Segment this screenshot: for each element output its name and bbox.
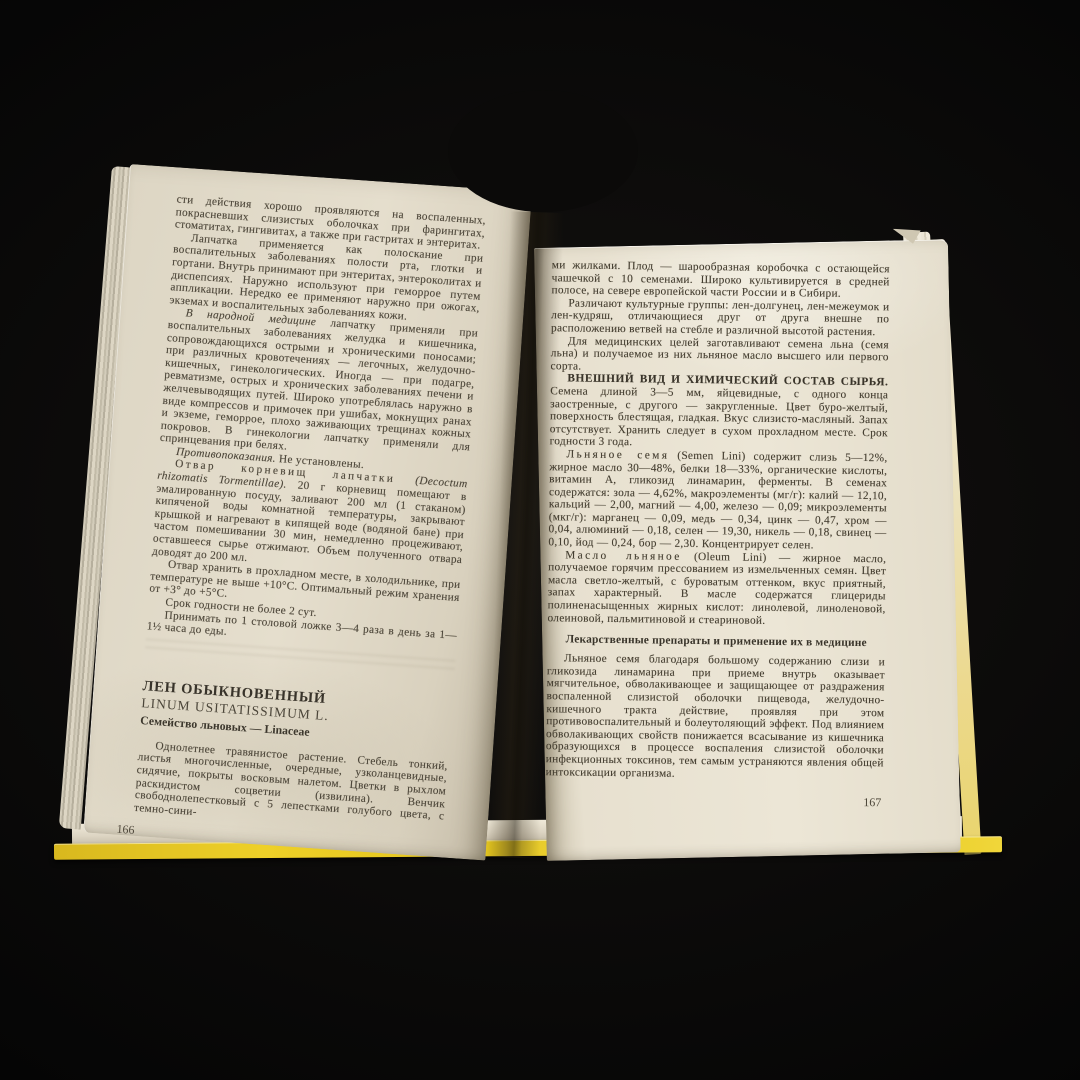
paragraph: ВНЕШНИЙ ВИД И ХИМИЧЕСКИЙ СОСТАВ СЫРЬЯ. С… (550, 373, 889, 453)
paragraph: Различают культурные группы: лен-долгуне… (551, 297, 889, 339)
page-number-right: 167 (545, 791, 881, 810)
photo-background: сти действия хорошо проявляются на воспа… (0, 0, 1080, 1080)
right-page-text: ми жилками. Плод — шарообразная коробочк… (527, 249, 948, 866)
gutter-top-dip (448, 90, 638, 212)
paragraph-text: (Oleum Lini) — жирное масло, получаемое … (547, 550, 886, 626)
paragraph: Для медицинских целей заготавливают семе… (551, 335, 889, 377)
paragraph: Льняное семя благодаря большому содержан… (546, 652, 886, 782)
paragraph-text: Семена длиной 3—5 мм, яйцевидные, с одно… (550, 385, 889, 448)
paragraph-lead-spaced: Масло льняное (565, 549, 682, 562)
paragraph: В народной медицине лапчатку применяли п… (159, 306, 478, 466)
left-page: сти действия хорошо проявляются на воспа… (83, 164, 532, 860)
paragraph: Масло льняное (Oleum Lini) — жирное масл… (547, 549, 886, 629)
left-page-text: сти действия хорошо проявляются на воспа… (84, 164, 532, 860)
paragraph: ми жилками. Плод — шарообразная коробочк… (551, 259, 889, 301)
paragraph-lead-spaced: Льняное семя (566, 448, 669, 461)
paragraph-text: (Semen Lini) содержит слизь 5—12%, жирно… (548, 450, 887, 552)
paragraph: Льняное семя (Semen Lini) содержит слизь… (548, 448, 887, 553)
paragraph-text: 20 г корневищ помещают в эмалированную п… (152, 479, 467, 566)
paragraph-text: лапчатку применяли при воспалительных за… (160, 317, 479, 453)
right-page: ми жилками. Плод — шарообразная коробочк… (534, 239, 961, 861)
paragraph: Однолетнее травянистое растение. Стебель… (134, 739, 449, 836)
section-subheading: Лекарственные препараты и применение их … (547, 633, 885, 650)
